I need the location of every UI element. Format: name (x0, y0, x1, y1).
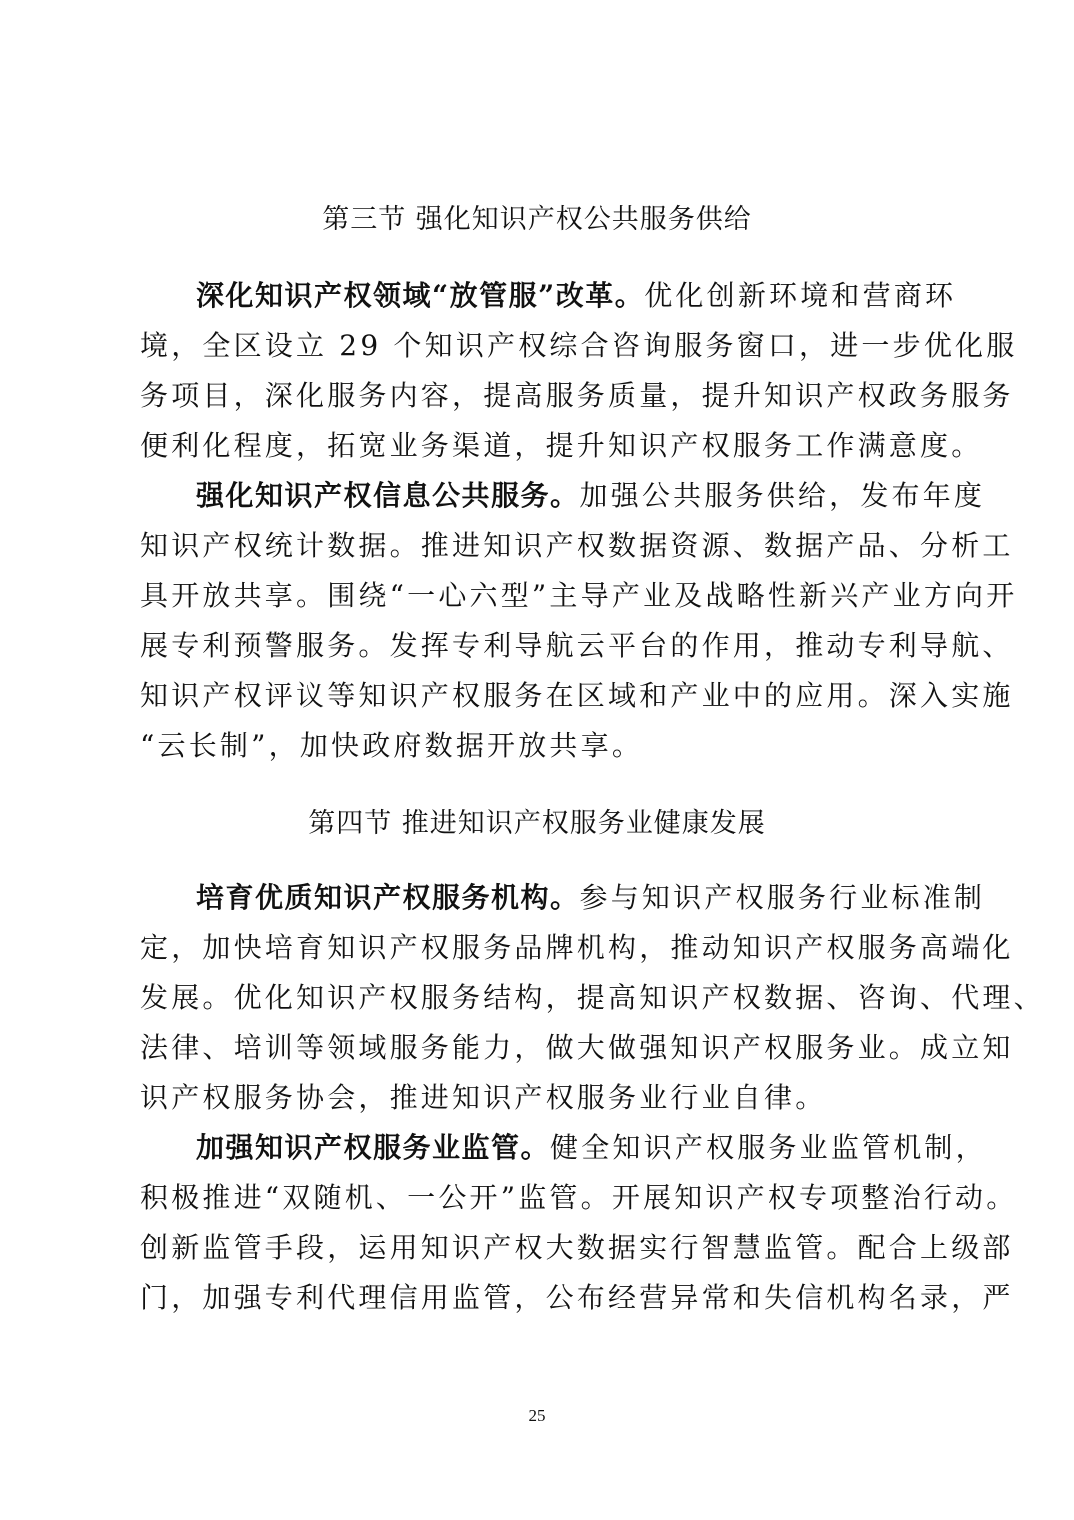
page-number: 25 (0, 1406, 1074, 1426)
section-heading: 第三节 强化知识产权公共服务供给 (0, 202, 1074, 238)
paragraph-line: 培育优质知识产权服务机构。参与知识产权服务行业标准制 (196, 878, 936, 918)
paragraph-line: 积极推进“双随机、一公开”监管。开展知识产权专项整治行动。 (140, 1178, 936, 1218)
paragraph-line: 具开放共享。围绕“一心六型”主导产业及战略性新兴产业方向开 (140, 576, 936, 616)
paragraph-line: 发展。优化知识产权服务结构，提高知识产权数据、咨询、代理、 (140, 978, 936, 1018)
paragraph-line: 深化知识产权领域“放管服”改革。优化创新环境和营商环 (196, 276, 936, 316)
paragraph-line: 定，加快培育知识产权服务品牌机构，推动知识产权服务高端化 (140, 928, 936, 968)
paragraph-line: 展专利预警服务。发挥专利导航云平台的作用，推动专利导航、 (140, 626, 936, 666)
paragraph-line: “云长制”，加快政府数据开放共享。 (140, 726, 936, 766)
paragraph-lead: 强化知识产权信息公共服务。 (196, 479, 580, 512)
paragraph-line: 务项目，深化服务内容，提高服务质量，提升知识产权政务服务 (140, 376, 936, 416)
paragraph-line: 创新监管手段，运用知识产权大数据实行智慧监管。配合上级部 (140, 1228, 936, 1268)
paragraph-line: 门，加强专利代理信用监管，公布经营异常和失信机构名录，严 (140, 1278, 936, 1318)
paragraph-line: 知识产权评议等知识产权服务在区域和产业中的应用。深入实施 (140, 676, 936, 716)
paragraph-lead: 深化知识产权领域“放管服”改革。 (196, 279, 644, 312)
paragraph-line: 境，全区设立 29 个知识产权综合咨询服务窗口，进一步优化服 (140, 326, 936, 366)
paragraph-line: 法律、培训等领域服务能力，做大做强知识产权服务业。成立知 (140, 1028, 936, 1068)
document-page: 第三节 强化知识产权公共服务供给 深化知识产权领域“放管服”改革。优化创新环境和… (0, 0, 1074, 1520)
paragraph-line: 知识产权统计数据。推进知识产权数据资源、数据产品、分析工 (140, 526, 936, 566)
paragraph-line: 加强知识产权服务业监管。健全知识产权服务业监管机制， (196, 1128, 936, 1168)
paragraph-line: 识产权服务协会，推进知识产权服务业行业自律。 (140, 1078, 936, 1118)
paragraph-lead: 加强知识产权服务业监管。 (196, 1131, 550, 1164)
paragraph-lead: 培育优质知识产权服务机构。 (196, 881, 580, 914)
paragraph-line: 便利化程度，拓宽业务渠道，提升知识产权服务工作满意度。 (140, 426, 936, 466)
paragraph-line: 强化知识产权信息公共服务。加强公共服务供给，发布年度 (196, 476, 936, 516)
section-heading: 第四节 推进知识产权服务业健康发展 (0, 806, 1074, 842)
